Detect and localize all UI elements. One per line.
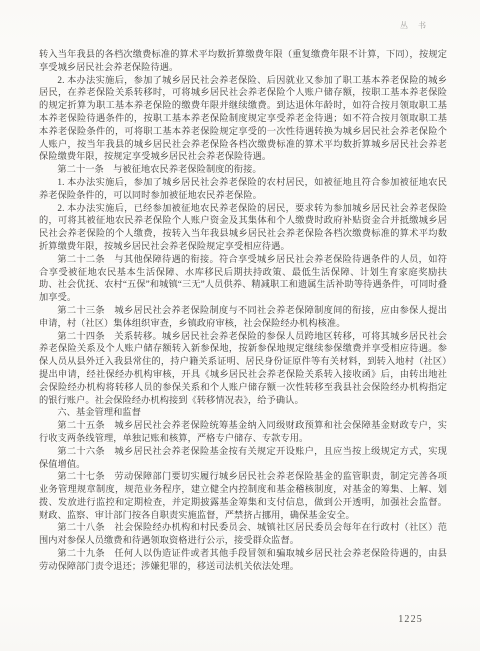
paragraph: 1. 本办法实施后，参加了城乡居民社会养老保险的农村居民，如被征地且符合参加被征… [39,176,447,202]
paragraph: 第二十五条 城乡居民社会养老保险统筹基金纳入同级财政预算和社会保障基金财政专户，… [39,419,447,445]
document-body: 转入当年我县的各档次缴费标准的算术平均数折算缴费年限（重复缴费年限不计算，下同）… [39,48,447,573]
page-number: 1225 [398,614,423,625]
paragraph: 第二十六条 城乡居民社会养老保险基金按有关规定开设账户，且应当按上级规定方式，实… [39,445,447,471]
paragraph: 2. 本办法实施后，已经参加被征地农民养老保险的居民，要求转为参加城乡居民社会养… [39,202,447,253]
paragraph: 第二十三条 城乡居民社会养老保险制度与不同社会养老保障制度间的衔接，应由参保人提… [39,304,447,330]
paragraph: 2. 本办法实施后，参加了城乡居民社会养老保险、后因就业又参加了职工基本养老保险… [39,74,447,164]
paragraph: 第二十四条 关系转移。城乡居民社会养老保险的参保人员跨地区转移，可将其城乡居民社… [39,330,447,407]
paragraph: 第二十八条 社会保险经办机构和村民委员会、城镇社区居民委员会每年在行政村（社区）… [39,521,447,547]
paragraph: 第二十一条 与被征地农民养老保险制度的衔接。 [39,163,447,176]
paragraph: 六、基金管理和监督 [39,406,447,419]
paragraph: 第二十二条 与其他保障待遇的衔接。符合享受城乡居民社会养老保险待遇条件的人员，如… [39,253,447,304]
paragraph: 转入当年我县的各档次缴费标准的算术平均数折算缴费年限（重复缴费年限不计算，下同）… [39,48,447,74]
running-head: 丛书 [400,21,436,31]
paragraph: 第二十九条 任何人以伪造证件或者其他手段冒领和骗取城乡居民社会养老保险待遇的，由… [39,547,447,573]
book-page: 丛书 转入当年我县的各档次缴费标准的算术平均数折算缴费年限（重复缴费年限不计算，… [0,0,480,651]
paragraph: 第二十七条 劳动保障部门要切实履行城乡居民社会养老保险基金的监管职责，制定完善各… [39,470,447,521]
